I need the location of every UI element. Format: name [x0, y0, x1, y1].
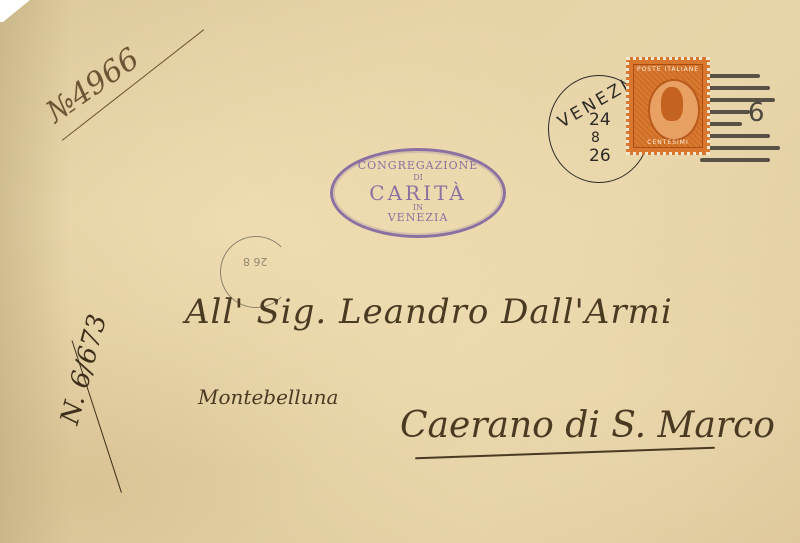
- postmark-year: 26: [589, 146, 611, 166]
- envelope: №4966 N. 6/673 CONGREGAZIONE DI CARITÀ I…: [0, 0, 800, 543]
- cachet-line-1: CONGREGAZIONE: [333, 159, 503, 172]
- cachet-line-3: CARITÀ: [333, 181, 503, 205]
- stamp-value: CENTESIMI: [634, 139, 702, 146]
- fold-shadow: [0, 0, 70, 543]
- postmark-month: 8: [591, 130, 600, 146]
- king-portrait-icon: [661, 87, 683, 121]
- backstamp-text: 26 8: [243, 255, 268, 268]
- addressee-locality: Caerano di S. Marco: [400, 405, 775, 446]
- charity-cachet: CONGREGAZIONE DI CARITÀ IN VENEZIA: [330, 148, 506, 238]
- cachet-line-5: VENEZIA: [333, 211, 503, 224]
- stamp-country: POSTE ITALIANE: [634, 66, 702, 73]
- postmark-day: 24: [589, 110, 611, 130]
- postage-stamp: POSTE ITALIANE CENTESIMI: [626, 57, 710, 155]
- stamp-frame: POSTE ITALIANE CENTESIMI: [633, 64, 703, 148]
- cancel-numeral: 6: [748, 98, 765, 128]
- address-underline: [415, 447, 715, 459]
- addressee-line: All' Sig. Leandro Dall'Armi: [185, 292, 673, 332]
- addressee-town: Montebelluna: [198, 385, 338, 409]
